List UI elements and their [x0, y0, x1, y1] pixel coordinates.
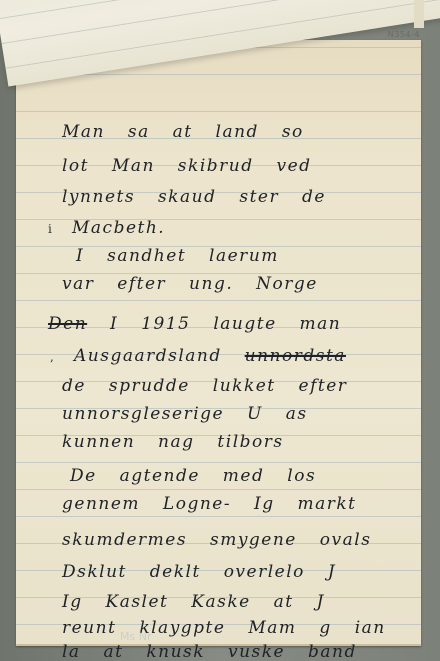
manuscript-line-15: Dsklut deklt overlelo J	[62, 562, 336, 582]
manuscript-line-13: gennem Logne- Ig markt	[62, 494, 357, 514]
manuscript-line-12: De agtende med los	[70, 466, 316, 486]
manuscript-line-10: unnorsgleserige U as	[62, 404, 308, 424]
manuscript-line-14: skumdermes smygene ovals	[62, 530, 371, 550]
margin-mark: ,	[50, 350, 54, 364]
manuscript-line-1: Man sa at land so	[62, 122, 304, 142]
manuscript-line-2: lot Man skibrud ved	[62, 156, 312, 176]
margin-mark: i	[48, 222, 52, 236]
line-word: I	[110, 314, 118, 334]
struck-word: unnordsta	[245, 346, 346, 366]
manuscript-line-16: Ig Kaslet Kaske at J	[62, 592, 325, 612]
manuscript-page: Man sa at land so lot Man skibrud ved ly…	[16, 40, 421, 646]
manuscript-line-4: Macbeth.	[72, 218, 165, 238]
struck-word: Den	[48, 314, 87, 334]
manuscript-line-18: la at knusk vuske band	[62, 642, 357, 661]
manuscript-line-3: lynnets skaud ster de	[62, 187, 326, 207]
manuscript-line-6: var efter ung. Norge	[62, 274, 318, 294]
line-text: Ausgaardsland	[74, 346, 222, 366]
manuscript-line-8: Ausgaardsland unnordsta	[74, 346, 346, 366]
line-text: 1915 laugte man	[141, 314, 341, 334]
manuscript-line-5: I sandhet laerum	[76, 246, 279, 266]
manuscript-line-7: Den I 1915 laugte man	[48, 314, 341, 334]
accession-number-stamp: N354-4	[388, 30, 420, 39]
flap-corner	[414, 0, 424, 28]
manuscript-line-9: de sprudde lukket efter	[62, 376, 347, 396]
manuscript-line-17: reunt klaygpte Mam g ian	[62, 618, 386, 638]
faint-offset-text: Ms Nr	[120, 630, 151, 643]
manuscript-line-11: kunnen nag tilbors	[62, 432, 284, 452]
